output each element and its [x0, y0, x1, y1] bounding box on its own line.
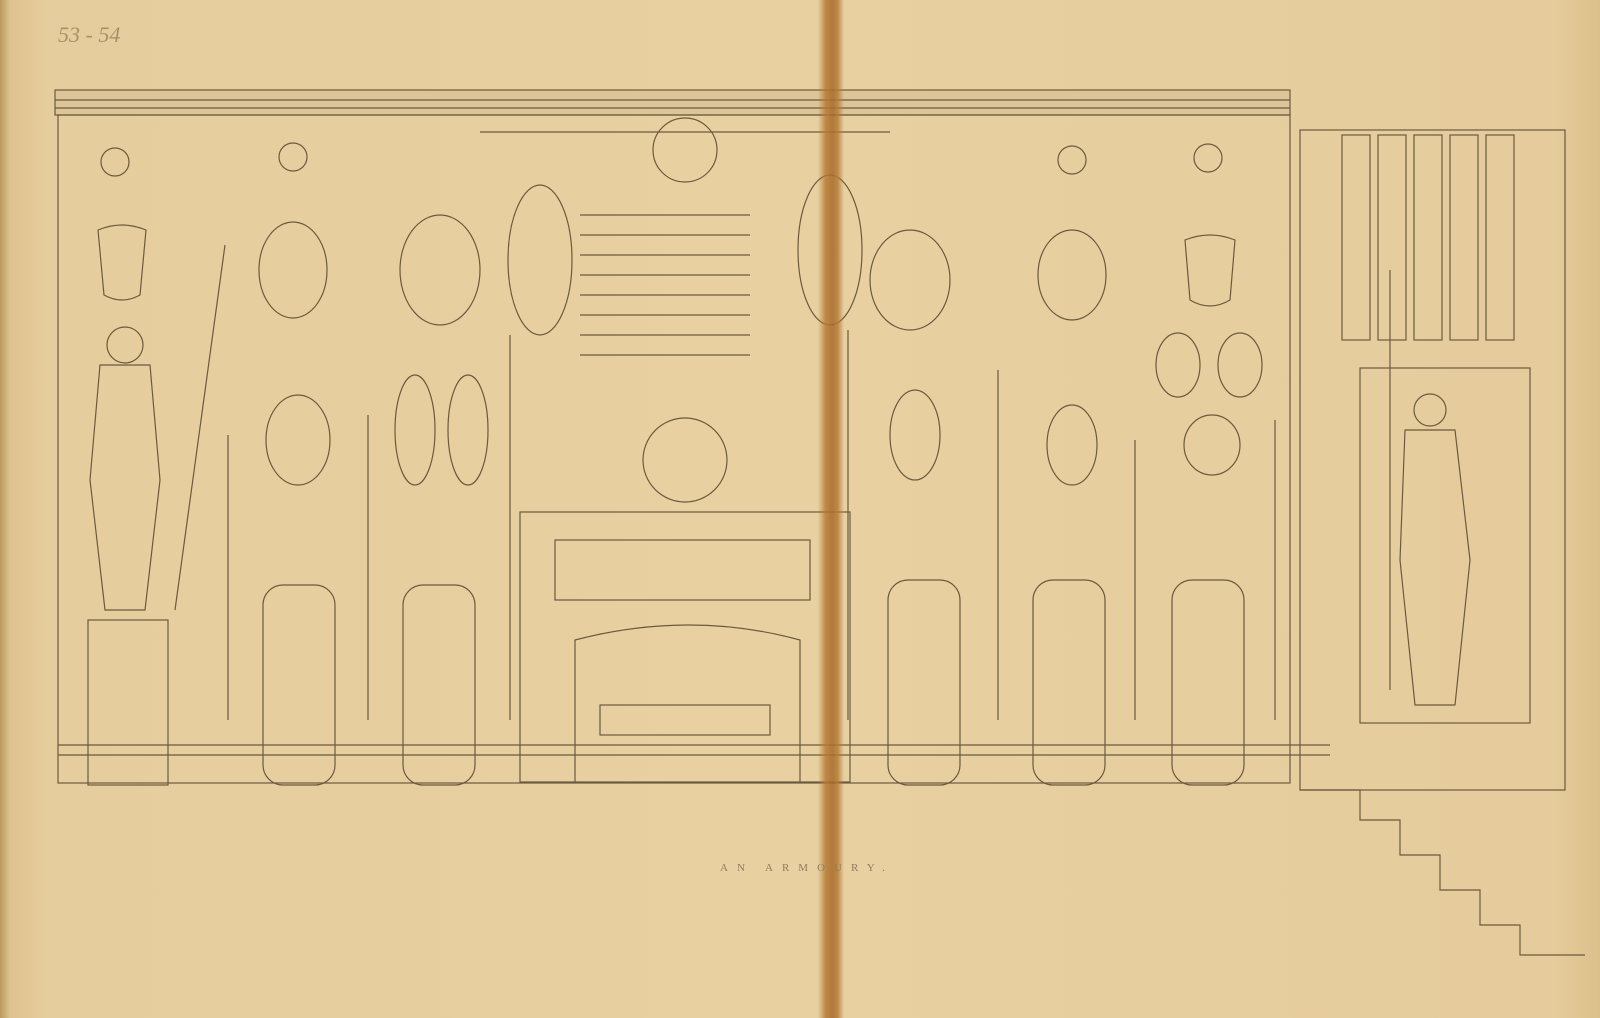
plate-caption: AN ARMOURY.	[720, 862, 894, 874]
